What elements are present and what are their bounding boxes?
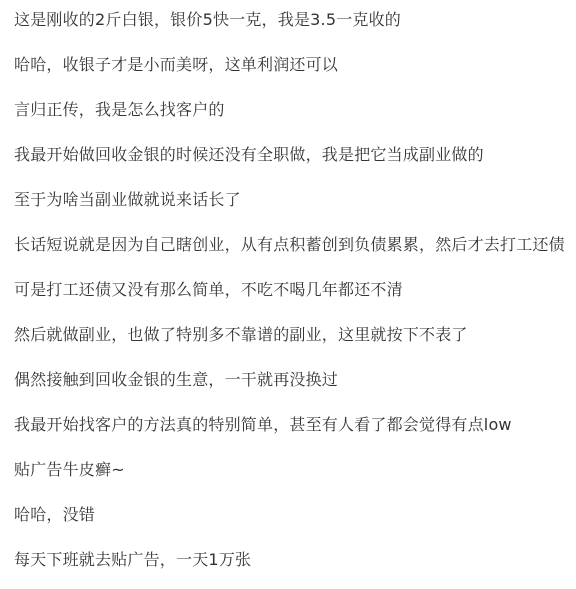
paragraph: 我最开始做回收金银的时候还没有全职做，我是把它当成副业做的 <box>14 146 564 164</box>
article-body: 这是刚收的2斤白银，银价5快一克，我是3.5一克收的 哈哈，收银子才是小而美呀，… <box>0 0 576 589</box>
paragraph: 我最开始找客户的方法真的特别简单，甚至有人看了都会觉得有点low <box>14 416 564 434</box>
paragraph: 每天下班就去贴广告，一天1万张 <box>14 551 564 569</box>
paragraph: 可是打工还债又没有那么简单，不吃不喝几年都还不清 <box>14 281 564 299</box>
paragraph: 然后就做副业，也做了特别多不靠谱的副业，这里就按下不表了 <box>14 326 564 344</box>
paragraph: 言归正传，我是怎么找客户的 <box>14 101 564 119</box>
paragraph: 偶然接触到回收金银的生意，一干就再没换过 <box>14 371 564 389</box>
paragraph: 哈哈，收银子才是小而美呀，这单利润还可以 <box>14 56 564 74</box>
paragraph: 长话短说就是因为自己瞎创业，从有点积蓄创到负债累累，然后才去打工还债 <box>14 236 564 254</box>
paragraph: 哈哈，没错 <box>14 506 564 524</box>
paragraph: 贴广告牛皮癣~ <box>14 461 564 479</box>
paragraph: 至于为啥当副业做就说来话长了 <box>14 191 564 209</box>
paragraph: 这是刚收的2斤白银，银价5快一克，我是3.5一克收的 <box>14 11 564 29</box>
